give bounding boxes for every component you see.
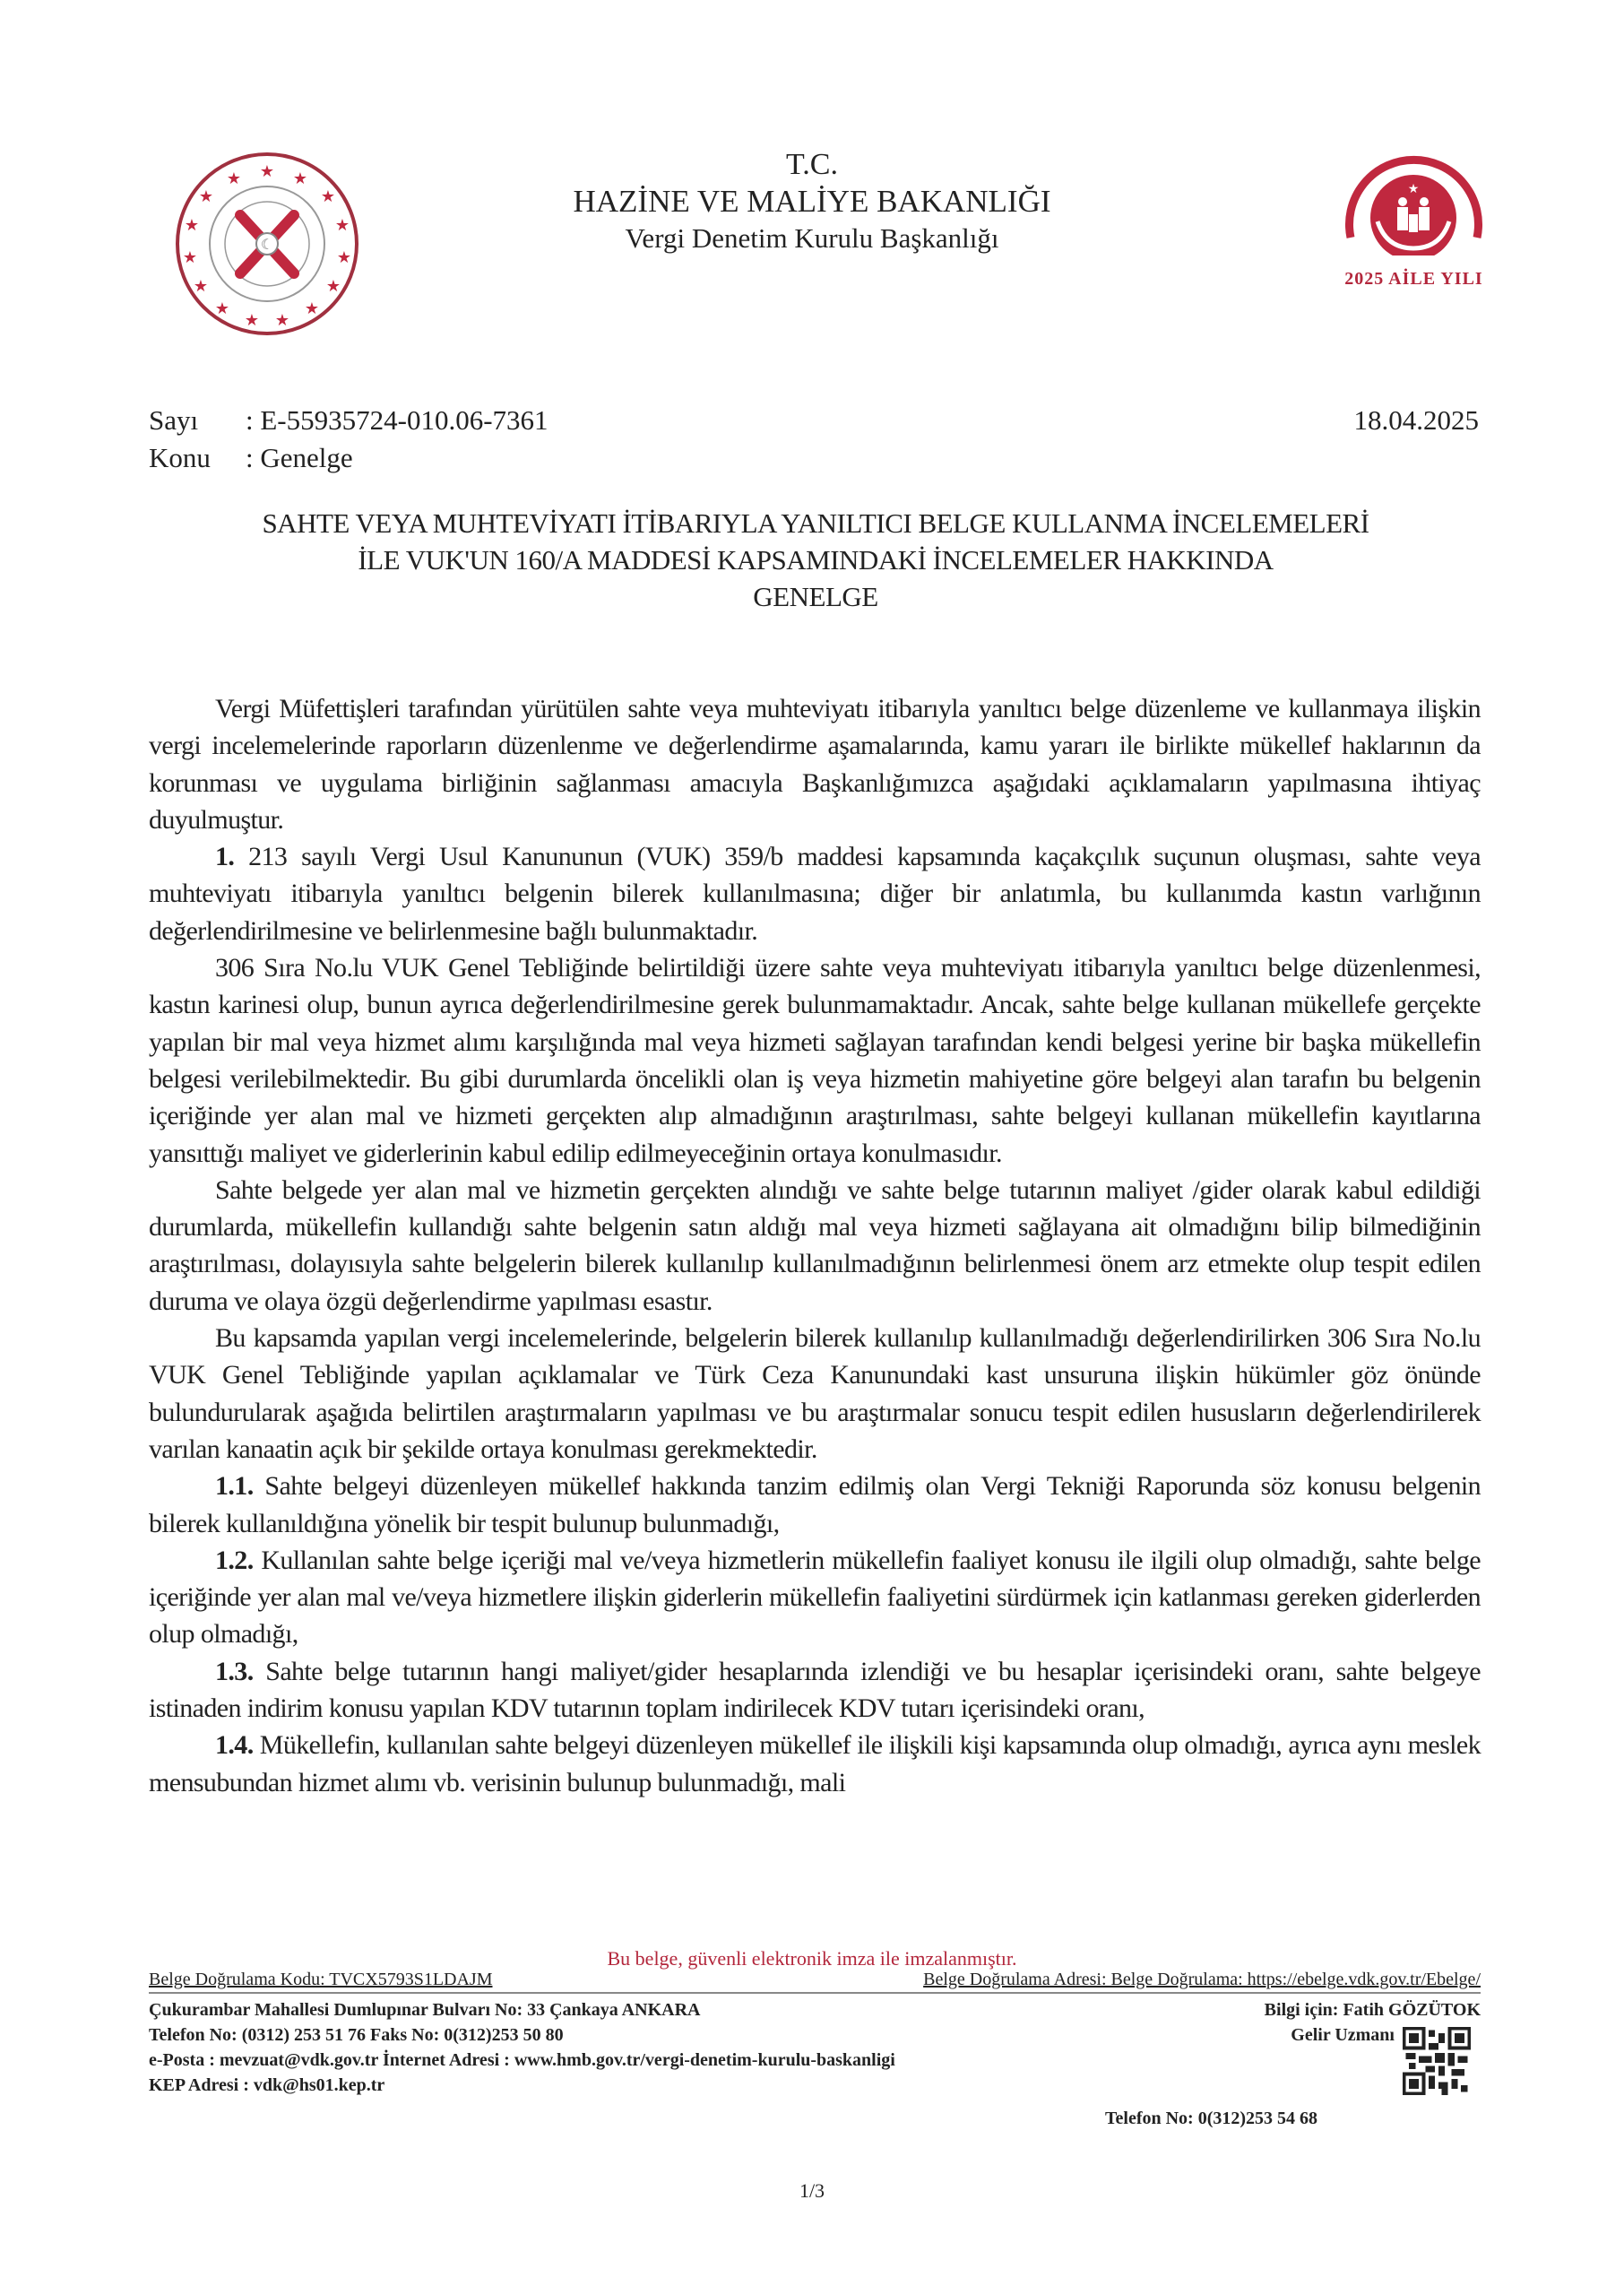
- document-body: Vergi Müfettişleri tarafından yürütülen …: [149, 690, 1481, 1801]
- kep-address: KEP Adresi : vdk@hs01.kep.tr: [149, 2073, 920, 2098]
- verification-row: Belge Doğrulama Kodu: TVCX5793S1LDAJM Be…: [149, 1970, 1481, 1994]
- number-value: : E-55935724-010.06-7361: [246, 402, 549, 439]
- paragraph-1: 1. 213 sayılı Vergi Usul Kanununun (VUK)…: [149, 838, 1481, 949]
- phone-fax: Telefon No: (0312) 253 51 76 Faks No: 0(…: [149, 2022, 920, 2048]
- family-year-caption: 2025 AİLE YILI: [1326, 269, 1501, 290]
- verification-address-link[interactable]: Belge Doğrulama Adresi: Belge Doğrulama:…: [923, 1970, 1481, 1990]
- paragraph-1-1: 1.1. Sahte belgeyi düzenleyen mükellef h…: [149, 1468, 1481, 1542]
- paragraph-intro: Vergi Müfettişleri tarafından yürütülen …: [149, 690, 1481, 838]
- contact-phone: Telefon No: 0(312)253 54 68: [1105, 2109, 1317, 2129]
- svg-text:★: ★: [194, 277, 208, 295]
- paragraph-306: 306 Sıra No.lu VUK Genel Tebliğinde beli…: [149, 949, 1481, 1172]
- svg-text:★: ★: [1408, 183, 1420, 196]
- svg-text:★: ★: [305, 299, 319, 317]
- svg-text:★: ★: [326, 277, 341, 295]
- document-title: SAHTE VEYA MUHTEVİYATI İTİBARIYLA YANILT…: [152, 505, 1479, 615]
- contact-address-block: Çukurambar Mahallesi Dumlupınar Bulvarı …: [149, 1997, 920, 2098]
- svg-text:★: ★: [275, 311, 289, 329]
- subject-label: Konu: [149, 439, 246, 477]
- document-date: 18.04.2025: [1354, 402, 1480, 439]
- paragraph-1-2: 1.2. Kullanılan sahte belge içeriği mal …: [149, 1542, 1481, 1653]
- verification-code: Belge Doğrulama Kodu: TVCX5793S1LDAJM: [149, 1970, 493, 1990]
- postal-address: Çukurambar Mahallesi Dumlupınar Bulvarı …: [149, 1997, 920, 2022]
- number-label: Sayı: [149, 402, 246, 439]
- qr-code-icon: [1403, 2027, 1471, 2095]
- document-meta: Sayı : E-55935724-010.06-7361 Konu : Gen…: [149, 402, 549, 477]
- paragraph-kapsam: Bu kapsamda yapılan vergi incelemelerind…: [149, 1320, 1481, 1468]
- paragraph-1-4: 1.4. Mükellefin, kullanılan sahte belgey…: [149, 1727, 1481, 1801]
- paragraph-sahte: Sahte belgede yer alan mal ve hizmetin g…: [149, 1172, 1481, 1320]
- svg-text:★: ★: [245, 311, 259, 329]
- family-year-logo-icon: ★: [1340, 148, 1488, 255]
- svg-text:★: ★: [215, 299, 229, 317]
- contact-person: Bilgi için: Fatih GÖZÜTOK: [1265, 1997, 1481, 2022]
- title-line-1: SAHTE VEYA MUHTEVİYATI İTİBARIYLA YANILT…: [152, 505, 1479, 541]
- subject-value: : Genelge: [246, 439, 353, 477]
- page-number: 1/3: [0, 2179, 1624, 2203]
- e-signature-note: Bu belge, güvenli elektronik imza ile im…: [0, 1947, 1624, 1970]
- email-web[interactable]: e-Posta : mevzuat@vdk.gov.tr İnternet Ad…: [149, 2048, 920, 2073]
- paragraph-1-3: 1.3. Sahte belge tutarının hangi maliyet…: [149, 1653, 1481, 1728]
- title-line-2: İLE VUK'UN 160/A MADDESİ KAPSAMINDAKİ İN…: [152, 541, 1479, 578]
- title-line-3: GENELGE: [152, 578, 1479, 615]
